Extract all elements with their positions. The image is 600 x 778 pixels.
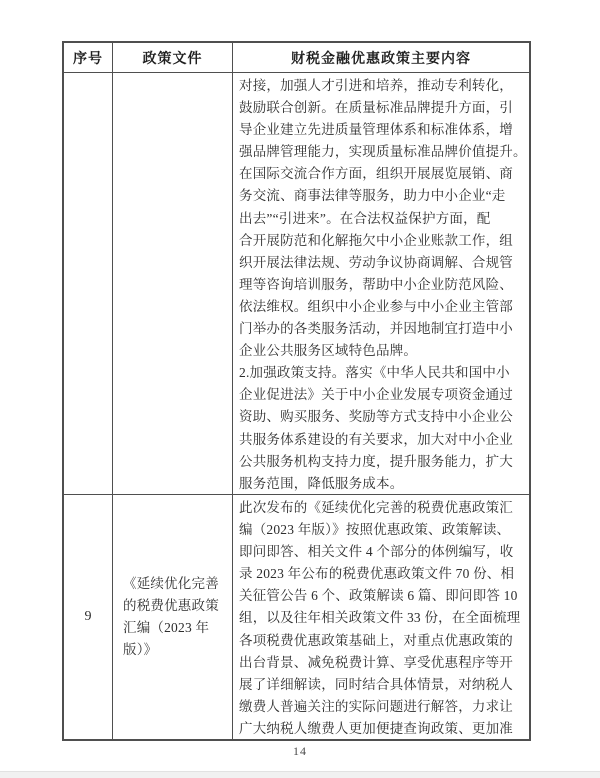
text-line: 对接，加强人才引进和培养，推动专利转化，: [239, 75, 525, 97]
text-line: 即问即答、相关文件 4 个部分的体例编写，收: [239, 541, 525, 563]
serial-number-cell: [64, 73, 113, 494]
text-line: 录 2023 年公布的税费优惠政策文件 70 份、相: [239, 563, 525, 585]
document-page: 序号 政策文件 财税金融优惠政策主要内容 对接，加强人才引进和培养，推动专利转化…: [0, 0, 600, 778]
table-row-9: 9 《延续优化完善的税费优惠政策汇编（2023 年版）》 此次发布的《延续优化完…: [64, 495, 529, 739]
text-line: 服务范围，降低服务成本。: [239, 473, 525, 494]
header-policy-main-content: 财税金融优惠政策主要内容: [233, 43, 529, 72]
scan-bottom-edge: [0, 771, 600, 778]
text-line: 汇编（2023 年: [123, 617, 232, 639]
text-line: 《延续优化完善: [123, 573, 232, 595]
text-line: 共服务体系建设的有关要求，加大对中小企业: [239, 429, 525, 451]
text-line: 务交流、商事法律等服务，助力中小企业“走: [239, 185, 525, 207]
text-line: 理等咨询培训服务，帮助中小企业防范风险、: [239, 274, 525, 296]
text-line: 编（2023 年版）》按照优惠政策、政策解读、: [239, 519, 525, 541]
serial-number-cell: 9: [64, 495, 113, 739]
text-line: 企业促进法》关于中小企业发展专项资金通过: [239, 384, 525, 406]
text-line: 导企业建立先进质量管理体系和标准体系，增: [239, 119, 525, 141]
text-line: 2.加强政策支持。落实《中华人民共和国中小: [239, 362, 525, 384]
text-line: 组，以及往年相关政策文件 33 份，在全面梳理: [239, 607, 525, 629]
text-line: 各项税费优惠政策基础上，对重点优惠政策的: [239, 630, 525, 652]
text-line: 资助、购买服务、奖励等方式支持中小企业公: [239, 406, 525, 428]
text-line: 此次发布的《延续优化完善的税费优惠政策汇: [239, 497, 525, 519]
policy-document-cell: [113, 73, 233, 494]
text-line: 出台背景、减免税费计算、享受优惠程序等开: [239, 652, 525, 674]
text-line: 版）》: [123, 639, 232, 661]
text-line: 合开展防范和化解拖欠中小企业账款工作，组: [239, 230, 525, 252]
policy-content-cell: 此次发布的《延续优化完善的税费优惠政策汇编（2023 年版）》按照优惠政策、政策…: [233, 495, 529, 739]
header-serial-number: 序号: [64, 43, 113, 72]
text-line: 缴费人普遍关注的实际问题进行解答，力求让: [239, 696, 525, 718]
text-line: 广大纳税人缴费人更加便捷查询政策、更加准: [239, 718, 525, 739]
header-policy-document: 政策文件: [113, 43, 233, 72]
text-line: 在国际交流合作方面，组织开展展览展销、商: [239, 163, 525, 185]
text-line: 公共服务机构支持力度，提升服务能力，扩大: [239, 451, 525, 473]
page-number: 14: [0, 744, 600, 759]
policy-document-cell: 《延续优化完善的税费优惠政策汇编（2023 年版）》: [113, 495, 233, 739]
text-line: 企业公共服务区域特色品牌。: [239, 340, 525, 362]
text-line: 织开展法律法规、劳动争议协商调解、合规管: [239, 252, 525, 274]
table-header-row: 序号 政策文件 财税金融优惠政策主要内容: [64, 43, 529, 73]
text-line: 关征管公告 6 个、政策解读 6 篇、即问即答 10: [239, 585, 525, 607]
text-line: 强品牌管理能力，实现质量标准品牌价值提升。: [239, 141, 525, 163]
table-row-continued: 对接，加强人才引进和培养，推动专利转化，鼓励联合创新。在质量标准品牌提升方面，引…: [64, 73, 529, 495]
text-line: 展了详细解读，同时结合具体情景，对纳税人: [239, 674, 525, 696]
text-line: 的税费优惠政策: [123, 595, 232, 617]
text-line: 门举办的各类服务活动，并因地制宜打造中小: [239, 318, 525, 340]
text-line: 鼓励联合创新。在质量标准品牌提升方面，引: [239, 97, 525, 119]
policy-table: 序号 政策文件 财税金融优惠政策主要内容 对接，加强人才引进和培养，推动专利转化…: [62, 41, 531, 741]
text-line: 依法维权。组织中小企业参与中小企业主管部: [239, 296, 525, 318]
policy-content-cell: 对接，加强人才引进和培养，推动专利转化，鼓励联合创新。在质量标准品牌提升方面，引…: [233, 73, 529, 494]
text-line: 出去”“引进来”。在合法权益保护方面，配: [239, 208, 525, 230]
